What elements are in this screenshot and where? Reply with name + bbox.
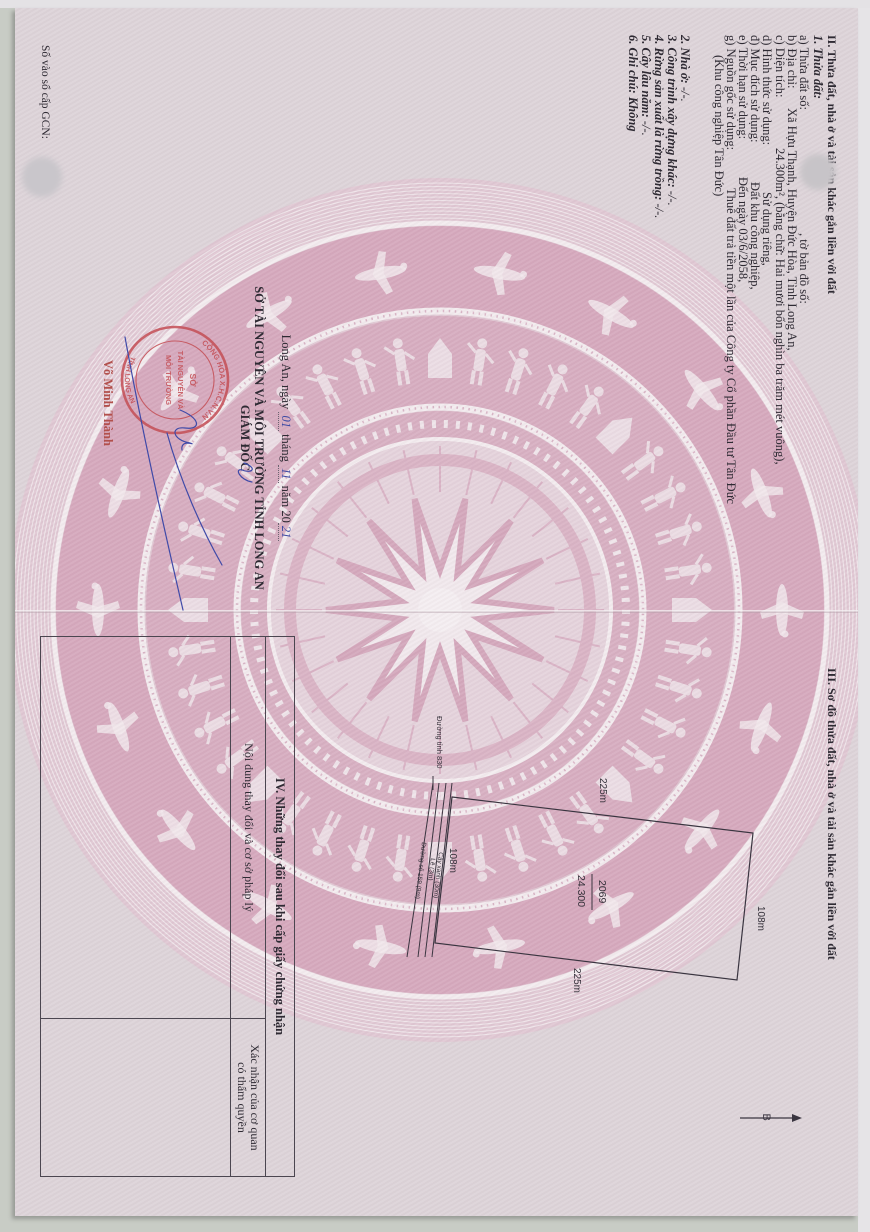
- address-label: b) Địa chỉ:: [786, 35, 799, 88]
- issue-date: Long An, ngày 01 tháng 11 năm 2021: [279, 238, 292, 638]
- date-prefix: Long An, ngày: [279, 335, 293, 410]
- column-header-changes: Nội dung thay đổi và cơ sở pháp lý: [231, 637, 266, 1018]
- changes-cell: [41, 637, 231, 1018]
- address-value: Xã Hựu Thạnh, Huyện Đức Hòa, Tỉnh Long A…: [786, 108, 799, 351]
- item-planted-forest: 4. Rừng sản xuất là rừng trồng: -/-.: [653, 35, 666, 218]
- item-label: 5. Cây lâu năm:: [640, 35, 654, 118]
- origin-value: Thuê đất trả tiền một lần của Công ty Cổ…: [725, 188, 738, 504]
- purpose-value: Đất khu công nghiệp,: [749, 182, 762, 290]
- item-label: 4. Rừng sản xuất là rừng trồng:: [653, 35, 667, 200]
- use-form-value: Sử dụng riêng,: [761, 192, 774, 266]
- item-notes: 6. Ghi chú: Không: [627, 35, 640, 132]
- column-header-confirmation: Xác nhận của cơ quan có thẩm quyền: [231, 1019, 266, 1176]
- document-spread: II. Thửa đất, nhà ở và tài sản khác gắn …: [0, 0, 870, 1232]
- section-2-title: II. Thửa đất, nhà ở và tài sản khác gắn …: [826, 35, 839, 294]
- table-header-row: Nội dung thay đổi và cơ sở pháp lý Xác n…: [230, 637, 266, 1176]
- item-value: Không: [627, 97, 641, 132]
- signer-name: Võ Minh Thành: [101, 360, 114, 446]
- date-month: 11: [278, 465, 293, 483]
- registry-number-label: Số vào sổ cấp GCN:: [38, 45, 51, 139]
- section-4-title: IV. Những thay đổi sau khi cấp giấy chứn…: [265, 637, 294, 1176]
- section-3-title: III. Sơ đồ thửa đất, nhà ở và tài sản kh…: [826, 668, 839, 960]
- changes-table: IV. Những thay đổi sau khi cấp giấy chứn…: [40, 636, 295, 1177]
- confirmation-cell: [41, 1019, 231, 1176]
- map-sheet-label: , tờ bản đồ số:: [798, 233, 811, 304]
- item-value: -/-.: [653, 204, 667, 219]
- date-year: 21: [278, 523, 293, 542]
- parcel-number-label: a) Thửa đất số:: [798, 35, 811, 110]
- column-header-line: Xác nhận của cơ quan: [249, 1044, 262, 1150]
- area-label: c) Diện tích:: [774, 35, 787, 97]
- item-label: 6. Ghi chú:: [627, 35, 641, 94]
- item-label: 2. Nhà ở:: [679, 35, 693, 84]
- purpose-label: đ) Mục đích sử dụng:: [749, 35, 762, 142]
- scanned-certificate: II. Thửa đất, nhà ở và tài sản khác gắn …: [0, 0, 870, 1232]
- item-perennial-trees: 5. Cây lâu năm: -/-.: [640, 35, 653, 136]
- item-value: -/-.: [679, 87, 693, 102]
- column-header-line: có thẩm quyền: [236, 1062, 249, 1133]
- date-day: 01: [278, 412, 293, 431]
- term-value: Đến ngày 03/6/2058,: [737, 177, 750, 282]
- term-label: e) Thời hạn sử dụng:: [737, 35, 750, 139]
- signer-position: GIÁM ĐỐC: [238, 238, 251, 638]
- area-value: 24.300m², (bằng chữ: Hai mươi bốn nghìn …: [774, 148, 787, 465]
- origin-label: g) Nguồn gốc sử dụng:: [725, 35, 738, 150]
- origin-note: (Khu công nghiệp Tân Đức): [713, 55, 726, 196]
- scan-background: [0, 0, 870, 8]
- item-value: -/-.: [666, 191, 680, 206]
- item-value: -/-.: [640, 121, 654, 136]
- item-house: 2. Nhà ở: -/-.: [679, 35, 692, 102]
- item-other-construction: 3. Công trình xây dựng khác: -/-.: [666, 35, 679, 206]
- scan-background: [858, 0, 870, 1232]
- item-label: 3. Công trình xây dựng khác:: [666, 35, 680, 188]
- issuing-agency: SỞ TÀI NGUYÊN VÀ MÔI TRƯỜNG TỈNH LONG AN: [252, 238, 265, 638]
- land-heading: 1. Thửa đất:: [812, 35, 825, 99]
- date-month-label: tháng: [279, 434, 293, 462]
- fold-crease: [15, 610, 858, 613]
- use-form-label: d) Hình thức sử dụng:: [761, 35, 774, 145]
- date-year-label: năm 20: [279, 486, 293, 523]
